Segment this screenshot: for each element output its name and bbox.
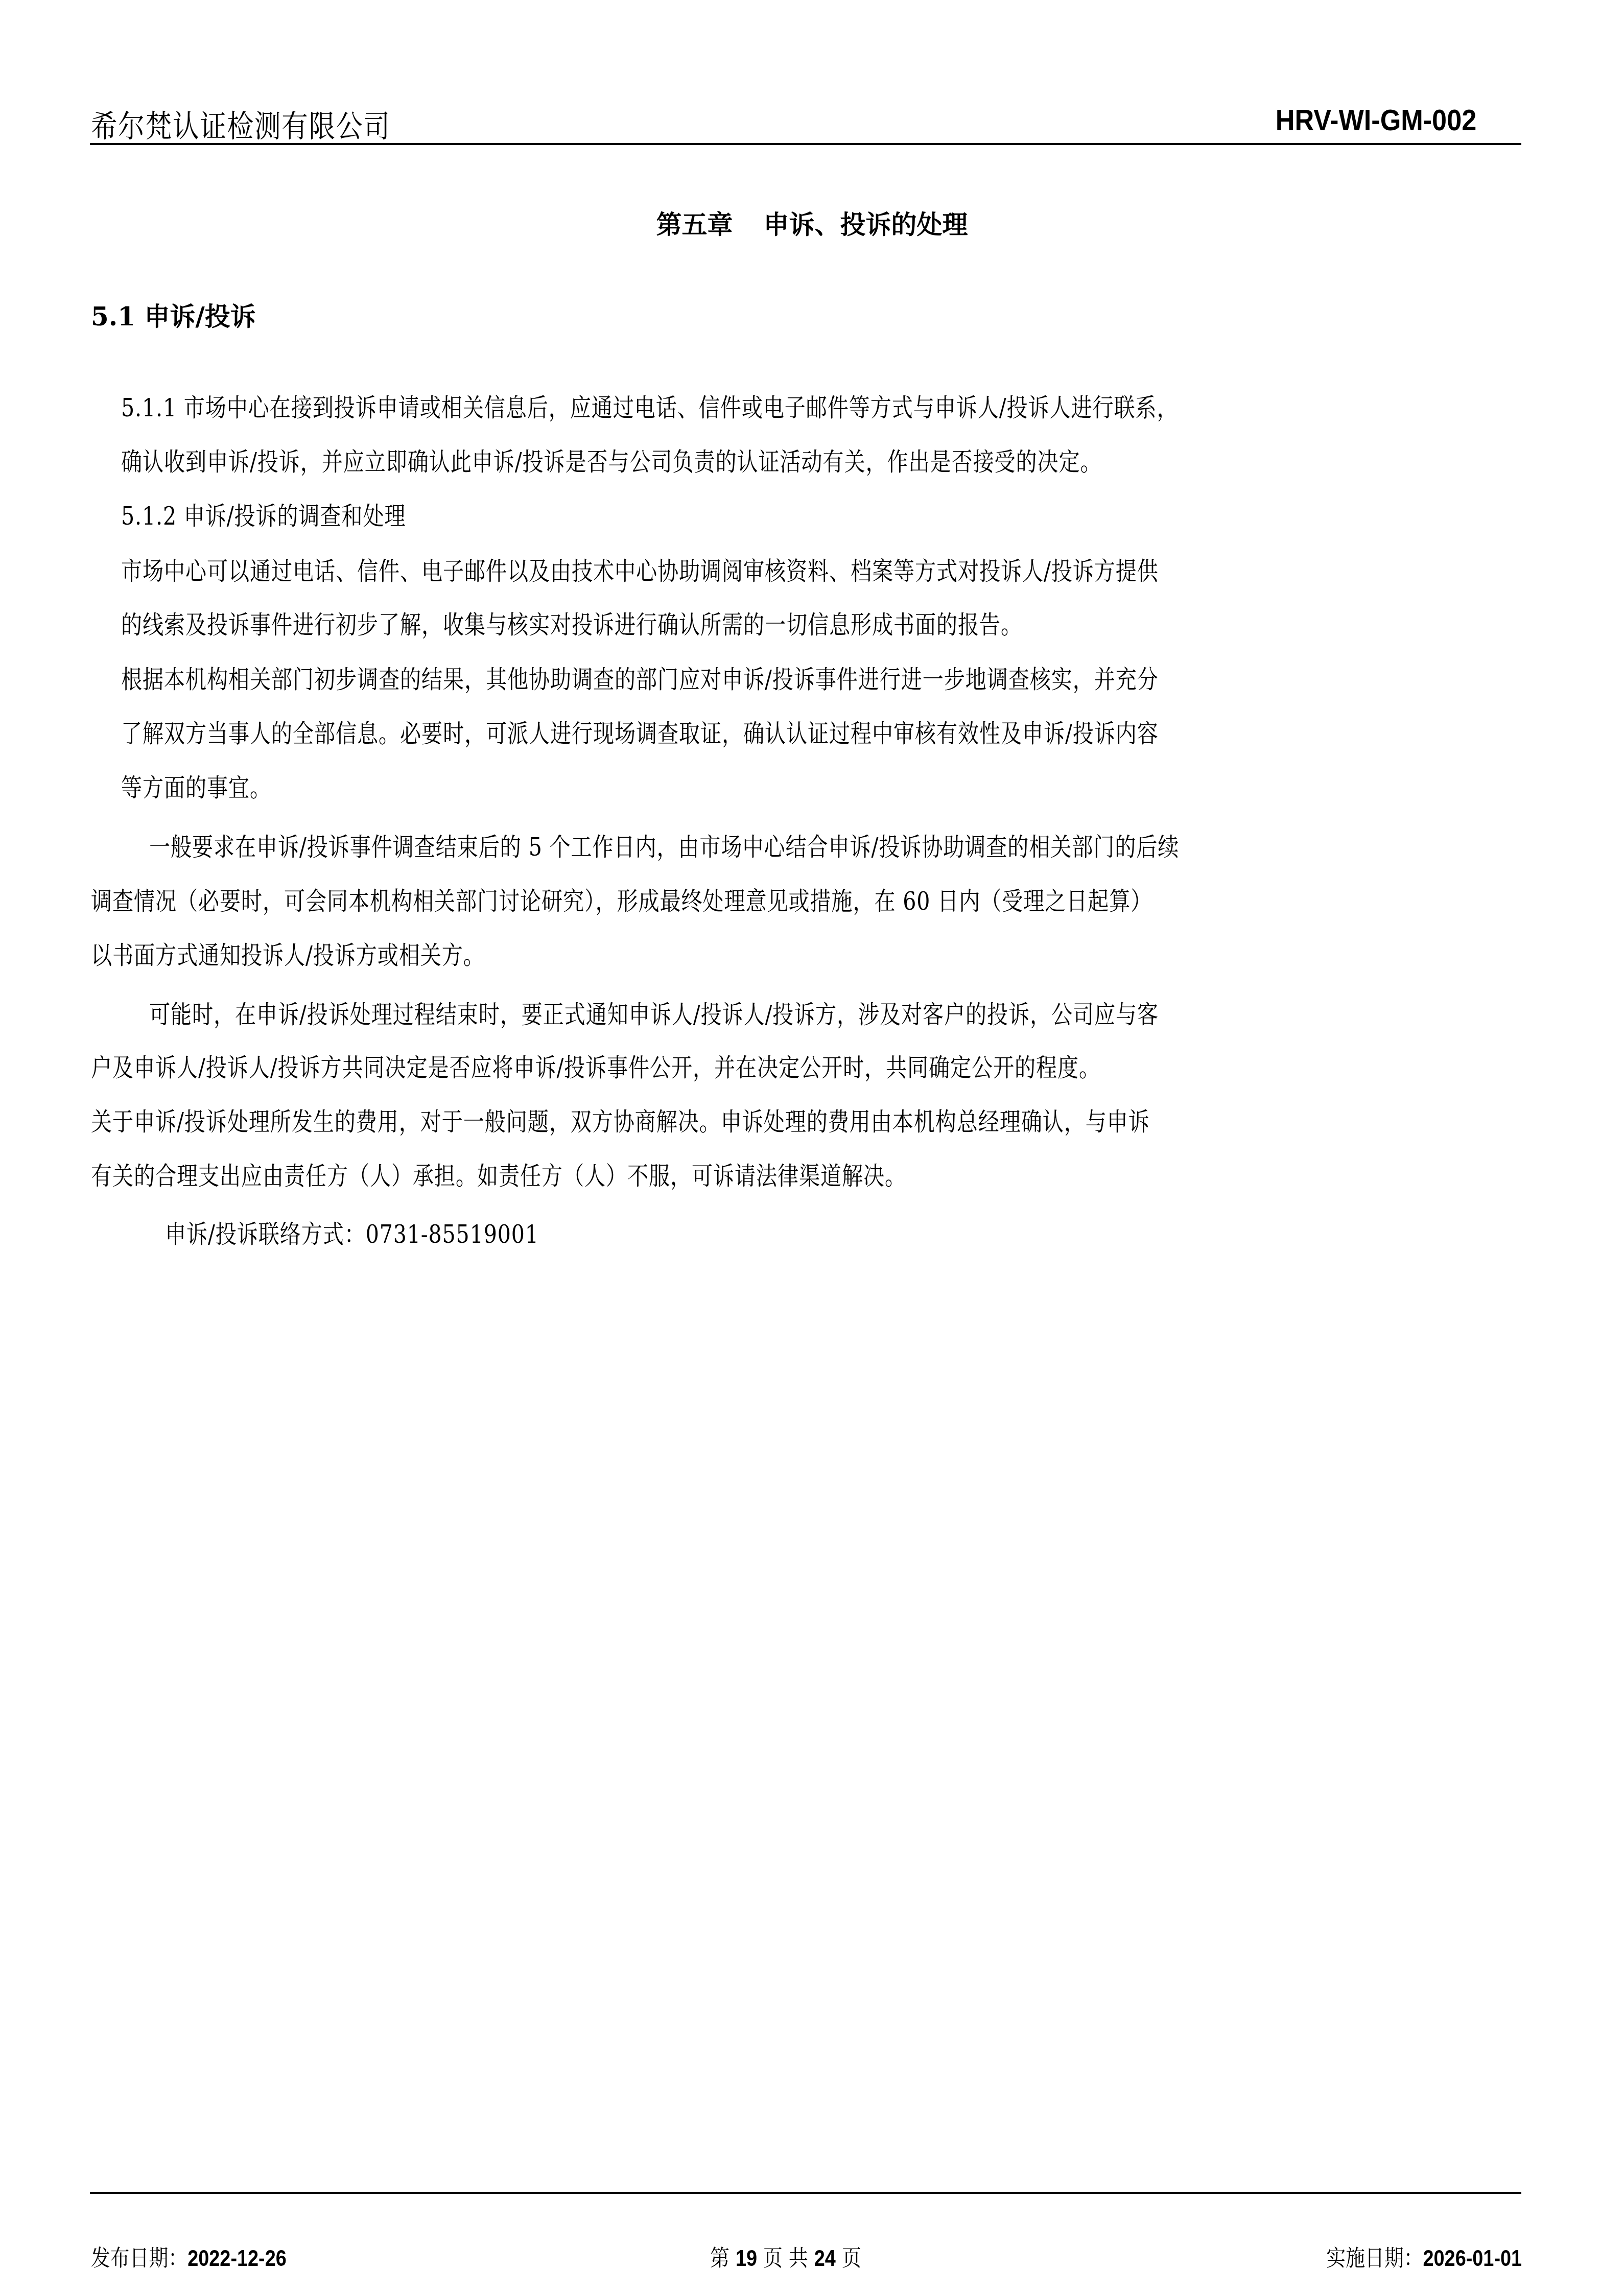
body-line: 调查情况（必要时，可会同本机构相关部门讨论研究），形成最终处理意见或措施，在 6… [91, 882, 1152, 917]
body-line: 以书面方式通知投诉人/投诉方或相关方。 [91, 936, 485, 972]
body-line: 市场中心可以通过电话、信件、电子邮件以及由技术中心协助调阅审核资料、档案等方式对… [121, 552, 1159, 587]
body-line: 可能时，在申诉/投诉处理过程结束时，要正式通知申诉人/投诉人/投诉方，涉及对客户… [149, 995, 1159, 1031]
page-suffix: 页 [842, 2245, 861, 2272]
effective-date-value: 2026-01-01 [1423, 2246, 1522, 2271]
body-line: 确认收到申诉/投诉，并应立即确认此申诉/投诉是否与公司负责的认证活动有关，作出是… [121, 442, 1101, 478]
issue-date-value: 2022-12-26 [187, 2246, 287, 2271]
page-total: 24 [814, 2246, 836, 2271]
company-name: 希尔梵认证检测有限公司 [91, 102, 391, 146]
chapter-name: 申诉、投诉的处理 [764, 210, 968, 240]
body-line: 的线索及投诉事件进行初步了解，收集与核实对投诉进行确认所需的一切信息形成书面的报… [121, 605, 1022, 641]
document-code: HRV-WI-GM-002 [1276, 103, 1476, 137]
page-current: 19 [736, 2246, 757, 2271]
body-line: 5.1.1 市场中心在接到投诉申请或相关信息后，应通过电话、信件或电子邮件等方式… [121, 388, 1179, 424]
body-line: 户及申诉人/投诉人/投诉方共同决定是否应将申诉/投诉事件公开，并在决定公开时，共… [91, 1048, 1100, 1084]
body-line: 关于申诉/投诉处理所发生的费用，对于一般问题，双方协商解决。申诉处理的费用由本机… [91, 1102, 1150, 1138]
contact-line: 申诉/投诉联络方式：0731-85519001 [165, 1215, 539, 1250]
issue-date-label: 发布日期： [91, 2245, 187, 2272]
page-number: 第 19 页 共 24 页 [710, 2240, 861, 2273]
chapter-title: 第五章申诉、投诉的处理 [0, 204, 1624, 241]
body-line: 一般要求在申诉/投诉事件调查结束后的 5 个工作日内，由市场中心结合申诉/投诉协… [149, 827, 1179, 863]
chapter-number: 第五章 [656, 210, 733, 240]
body-line: 了解双方当事人的全部信息。必要时，可派人进行现场调查取证，确认认证过程中审核有效… [121, 714, 1159, 750]
body-line: 等方面的事宜。 [121, 768, 271, 804]
page-prefix: 第 [710, 2245, 729, 2272]
footer-rule [90, 2192, 1521, 2194]
header-rule [90, 143, 1521, 145]
contact-label: 申诉/投诉联络方式： [165, 1220, 366, 1249]
subsection-heading: 5.1.2 申诉/投诉的调查和处理 [121, 496, 406, 532]
effective-date-label: 实施日期： [1326, 2245, 1423, 2272]
page-mid: 页 共 [763, 2245, 808, 2272]
contact-phone: 0731-85519001 [366, 1220, 539, 1249]
section-heading: 5.1 申诉/投诉 [91, 296, 256, 333]
body-line: 有关的合理支出应由责任方（人）承担。如责任方（人）不服，可诉请法律渠道解决。 [91, 1156, 906, 1192]
body-line: 根据本机构相关部门初步调查的结果，其他协助调查的部门应对申诉/投诉事件进行进一步… [121, 660, 1159, 696]
issue-date: 发布日期：2022-12-26 [91, 2240, 287, 2273]
effective-date: 实施日期：2026-01-01 [1326, 2240, 1522, 2273]
